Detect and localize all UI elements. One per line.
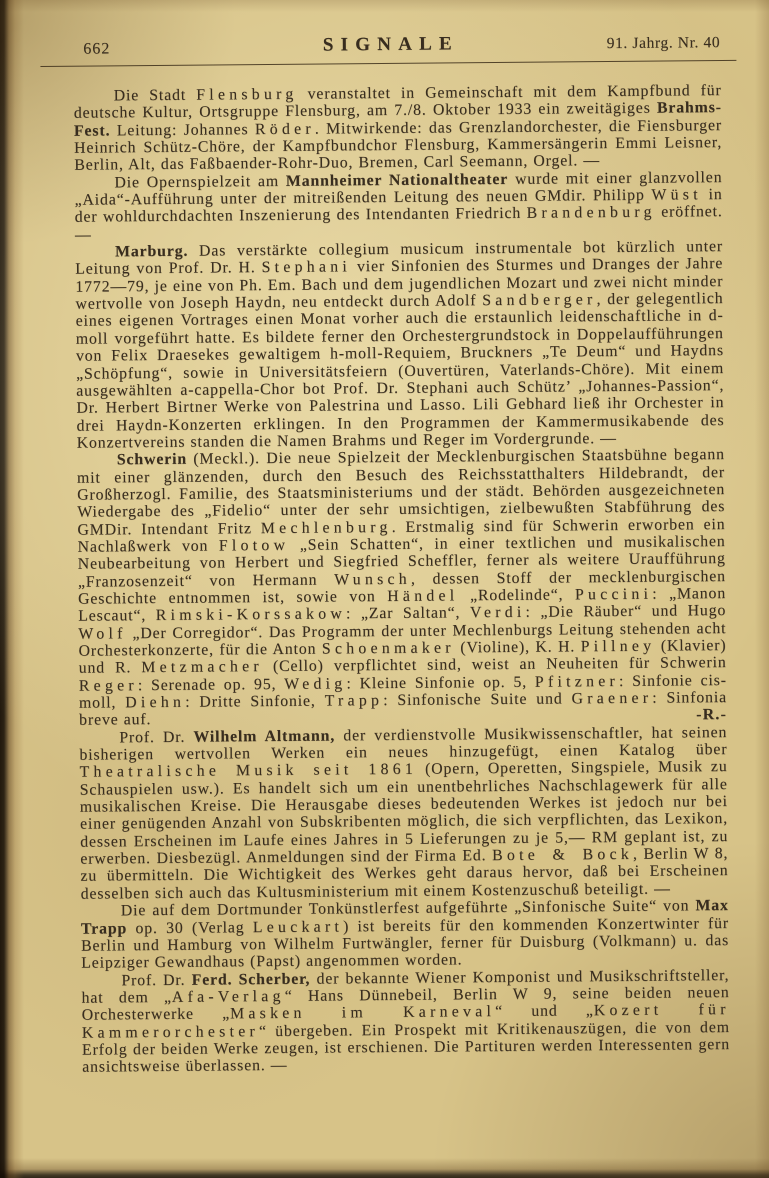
spaced-name: Wüst xyxy=(651,186,702,203)
spaced-name: Metzmacher xyxy=(141,658,263,676)
spaced-name: Rimski-Korssakow xyxy=(156,606,346,625)
spaced-name: Wolf xyxy=(78,625,126,642)
author-signature: -R.- xyxy=(656,706,727,724)
paragraph-flensburg-brahms-fest: Die Stadt Flensburg veranstaltet in Geme… xyxy=(74,82,723,174)
text-run: Prof. Dr. xyxy=(121,971,191,989)
text-run: Die Stadt xyxy=(114,87,197,105)
spaced-name: Afa-Verlag xyxy=(172,988,285,1006)
scanned-journal-page: 662 SIGNALE 91. Jahrg. Nr. 40 Die Stadt … xyxy=(0,0,769,1178)
spaced-name: Röder xyxy=(255,120,315,138)
spaced-name: Stephani xyxy=(262,259,352,277)
spaced-name: Händel xyxy=(387,587,458,605)
text-run: : Serenade op. 95, xyxy=(138,676,285,694)
spaced-name: Graener xyxy=(571,690,652,708)
paragraph-marburg: Marburg. Das verstärkte collegium musicu… xyxy=(75,238,725,452)
text-run: Prof. Dr. xyxy=(119,728,193,746)
paragraph-ferd-scherber: Prof. Dr. Ferd. Scherber, der bekannte W… xyxy=(81,967,730,1077)
spaced-name: Bote & Bock xyxy=(492,846,633,864)
bold-run: Wilhelm Altmann, xyxy=(193,727,335,745)
article-body: Die Stadt Flensburg veranstaltet in Geme… xyxy=(74,82,731,1076)
spaced-name: Wunsch xyxy=(334,570,411,588)
spaced-name: Mechlenburg xyxy=(261,519,392,537)
bold-run: Ferd. Scherber, xyxy=(192,970,311,988)
text-run: op. 30 (Verlag xyxy=(127,919,253,937)
paragraph-schwerin: Schwerin (Meckl.). Die neue Spielzeit de… xyxy=(77,446,727,729)
text-run: Leitung: Johannes xyxy=(110,121,255,139)
spaced-name: Leuckart xyxy=(253,918,343,936)
header-rule xyxy=(40,60,736,67)
spaced-name: Verdi xyxy=(470,604,526,621)
spaced-name: Wedig xyxy=(284,675,346,693)
text-run: : „Zar Saltan“, xyxy=(346,605,470,623)
spaced-name: Schoenmaker xyxy=(322,639,455,657)
spaced-name: Pillney xyxy=(581,638,656,656)
spaced-name: Sandberger xyxy=(482,291,596,309)
text-run: : Kleine Sinfonie op. 5, xyxy=(346,673,535,692)
issue-info: 91. Jahrg. Nr. 40 xyxy=(607,34,721,53)
paragraph-mannheimer-nationaltheater: Die Opernspielzeit am Mannheimer Nationa… xyxy=(74,169,723,244)
spaced-name: Trapp xyxy=(325,692,384,710)
bold-run: Mannheimer Nationaltheater xyxy=(286,171,508,190)
page-header: 662 SIGNALE 91. Jahrg. Nr. 40 xyxy=(40,29,734,59)
text-run: , der gelegentlich eines eigenen Vortrag… xyxy=(76,290,725,451)
text-run: “ und „ xyxy=(495,1002,594,1020)
text-run: (Violine), K. H. xyxy=(455,638,581,656)
page-content: 662 SIGNALE 91. Jahrg. Nr. 40 Die Stadt … xyxy=(0,0,769,1178)
text-run: Die Opernspielzeit am xyxy=(114,173,286,191)
spaced-name: Flensburg xyxy=(196,86,297,104)
text-run: : Dritte Sinfonie, xyxy=(185,693,325,711)
bold-run: Marburg. xyxy=(115,243,188,261)
spaced-name: Brandenburg xyxy=(527,204,656,222)
paragraph-max-trapp: Die auf dem Dortmunder Tonkünstlerfest a… xyxy=(81,897,730,972)
spaced-name: Diehn xyxy=(125,694,185,712)
text-run: : „Die Räuber“ und Hugo xyxy=(525,602,726,621)
bold-run: Schwerin xyxy=(117,451,187,469)
spaced-name: Flotow xyxy=(219,537,290,555)
text-run: : Sinfonische Suite und xyxy=(383,690,572,709)
spaced-name: Reger xyxy=(79,677,138,695)
text-run: „Rodelinde“, xyxy=(458,586,575,604)
paragraph-wilhelm-altmann: Prof. Dr. Wilhelm Altmann, der verdienst… xyxy=(79,724,728,903)
spaced-name: Masken im Karneval xyxy=(230,1003,495,1022)
spaced-name: Puccini xyxy=(575,586,652,604)
spaced-name: Pfitzner xyxy=(535,673,619,691)
